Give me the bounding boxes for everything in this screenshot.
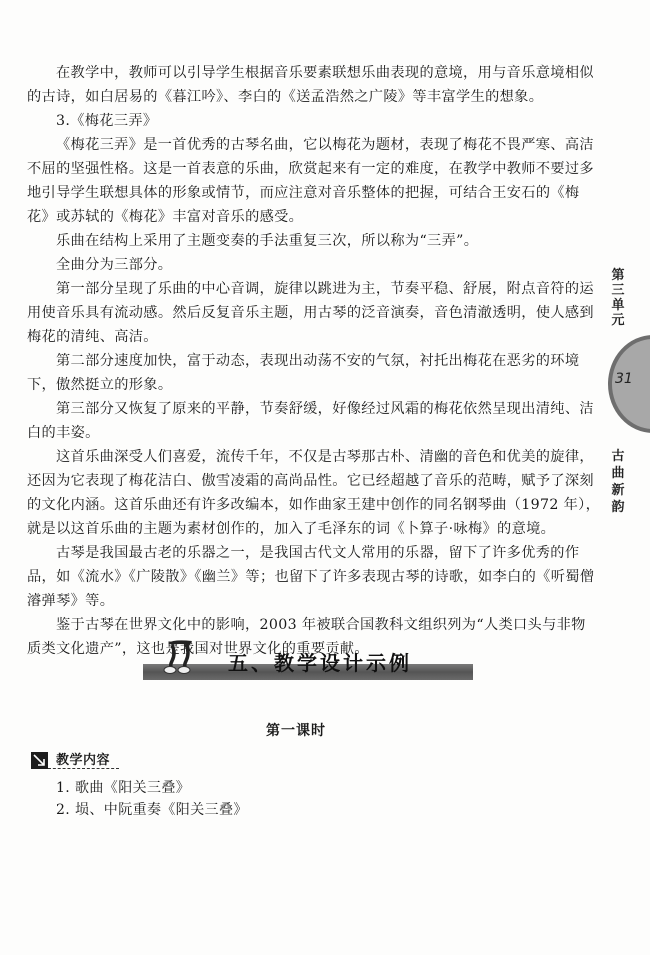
unit-char: 第 (610, 268, 626, 283)
subhead-underline (48, 768, 119, 769)
paragraph-line: 不屈的坚强性格。这是一首表意的乐曲，欣赏起来有一定的难度，在教学中教师不要过多 (27, 159, 594, 179)
paragraph-line: 花》或苏轼的《梅花》丰富对音乐的感受。 (27, 207, 303, 227)
paragraph-line: 第三部分又恢复了原来的平静，节奏舒缓，好像经过风霜的梅花依然呈现出清纯、洁 (56, 399, 594, 419)
paragraph-line: 第一部分呈现了乐曲的中心音调，旋律以跳进为主，节奏平稳、舒展，附点音符的运 (56, 279, 594, 299)
item-heading: 3.《梅花三弄》 (56, 111, 157, 131)
paragraph-line: 乐曲在结构上采用了主题变奏的手法重复三次，所以称为“三弄”。 (56, 231, 478, 251)
paragraph-line: 品，如《流水》《广陵散》《幽兰》等；也留下了许多表现古琴的诗歌，如李白的《听蜀僧 (27, 567, 594, 587)
unit-char: 元 (610, 313, 626, 328)
paragraph-line: 濬弹琴》等。 (27, 591, 114, 611)
subhead-label: 教学内容 (56, 749, 110, 768)
paragraph-line: 地引导学生联想具体的形象或情节，而应注意对音乐整体的把握，可结合王安石的《梅 (27, 183, 579, 203)
paragraph-line: 在教学中，教师可以引导学生根据音乐要素联想乐曲表现的意境，用与音乐意境相似 (56, 63, 594, 83)
paragraph-line: 这首乐曲深受人们喜爱，流传千年，不仅是古琴那古朴、清幽的音色和优美的旋律， (56, 447, 594, 467)
paragraph-line: 《梅花三弄》是一首优秀的古琴名曲，它以梅花为题材，表现了梅花不畏严寒、高洁 (56, 135, 594, 155)
paragraph-line: 鉴于古琴在世界文化中的影响，2003 年被联合国教科文组织列为“人类口头与非物 (56, 615, 586, 635)
paragraph-line: 下，傲然挺立的形象。 (27, 375, 172, 395)
paragraph-line: 全曲分为三部分。 (56, 255, 172, 275)
paragraph-line: 的古诗，如白居易的《暮江吟》、李白的《送孟浩然之广陵》等丰富学生的想象。 (27, 87, 543, 107)
unit-title-char: 新 (610, 482, 626, 499)
paragraph-line: 还因为它表现了梅花洁白、傲雪凌霜的高尚品性。它已经超越了音乐的范畴，赋予了深刻 (27, 471, 594, 491)
arrow-down-right-icon (31, 752, 48, 769)
unit-label: 第 三 单 元 (610, 268, 626, 328)
paragraph-line: 的文化内涵。这首乐曲还有许多改编本，如作曲家王建中创作的同名钢琴曲（1972 年… (27, 495, 600, 515)
paragraph-line: 第二部分速度加快，富于动态，表现出动荡不安的气氛，衬托出梅花在恶劣的环境 (56, 351, 579, 371)
unit-title-char: 韵 (610, 499, 626, 516)
paragraph-line: 就是以这首乐曲的主题为素材创作的，加入了毛泽东的词《卜算子·咏梅》的意境。 (27, 519, 555, 539)
unit-char: 单 (610, 298, 626, 313)
unit-char: 三 (610, 283, 626, 298)
page-number: 31 (615, 371, 633, 387)
list-item: 2. 埙、中阮重奏《阳关三叠》 (56, 800, 248, 820)
textbook-page: 在教学中，教师可以引导学生根据音乐要素联想乐曲表现的意境，用与音乐意境相似 的古… (0, 0, 650, 955)
paragraph-line: 梅花的清纯、高洁。 (27, 327, 158, 347)
unit-title: 古 曲 新 韵 (610, 448, 626, 516)
unit-title-char: 曲 (610, 465, 626, 482)
unit-title-char: 古 (610, 448, 626, 465)
paragraph-line: 白的丰姿。 (27, 423, 100, 443)
music-note-icon (162, 637, 198, 675)
section-title: 五、教学设计示例 (228, 647, 412, 676)
paragraph-line: 用使音乐具有流动感。然后反复音乐主题，用古琴的泛音演奏，音色清澈透明，使人感到 (27, 303, 594, 323)
lesson-title: 第一课时 (266, 720, 326, 740)
paragraph-line: 古琴是我国最古老的乐器之一，是我国古代文人常用的乐器，留下了许多优秀的作 (56, 543, 579, 563)
list-item: 1. 歌曲《阳关三叠》 (56, 778, 190, 798)
